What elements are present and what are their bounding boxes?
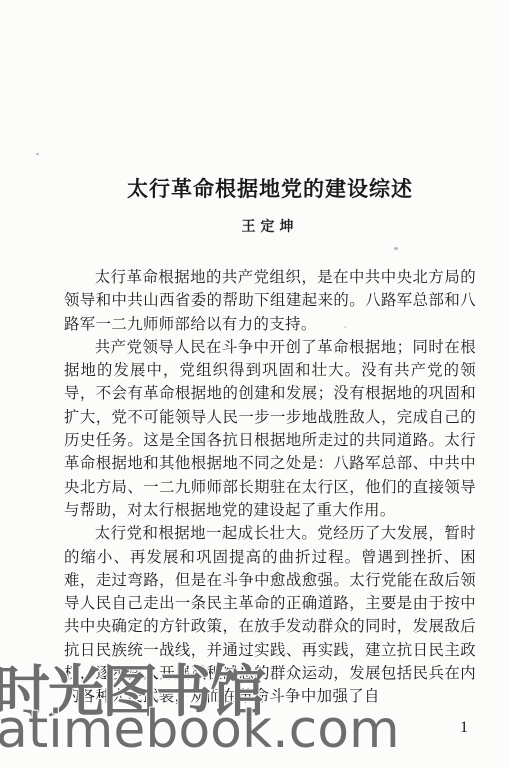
scan-speckle — [394, 247, 398, 250]
author-name: 王定坤 — [64, 216, 476, 236]
page-number: 1 — [452, 719, 476, 737]
body-paragraph: 太行党和根据地一起成长壮大。党经历了大发展，暂时的缩小、再发展和巩固提高的曲折过… — [64, 522, 476, 708]
body-paragraph: 太行革命根据地的共产党组织，是在中共中央北方局的领导和中共山西省委的帮助下组建起… — [64, 266, 476, 336]
watermark-site-url: atimebook.com — [0, 700, 400, 760]
article-title: 太行革命根据地党的建设综述 — [64, 173, 476, 203]
scan-speckle — [36, 153, 39, 155]
scanned-book-page: 太行革命根据地党的建设综述 王定坤 太行革命根据地的共产党组织，是在中共中央北方… — [0, 0, 510, 768]
article-body: 太行革命根据地的共产党组织，是在中共中央北方局的领导和中共山西省委的帮助下组建起… — [64, 266, 476, 709]
body-paragraph: 共产党领导人民在斗争中开创了革命根据地；同时在根据地的发展中，党组织得到巩固和壮… — [64, 336, 476, 522]
